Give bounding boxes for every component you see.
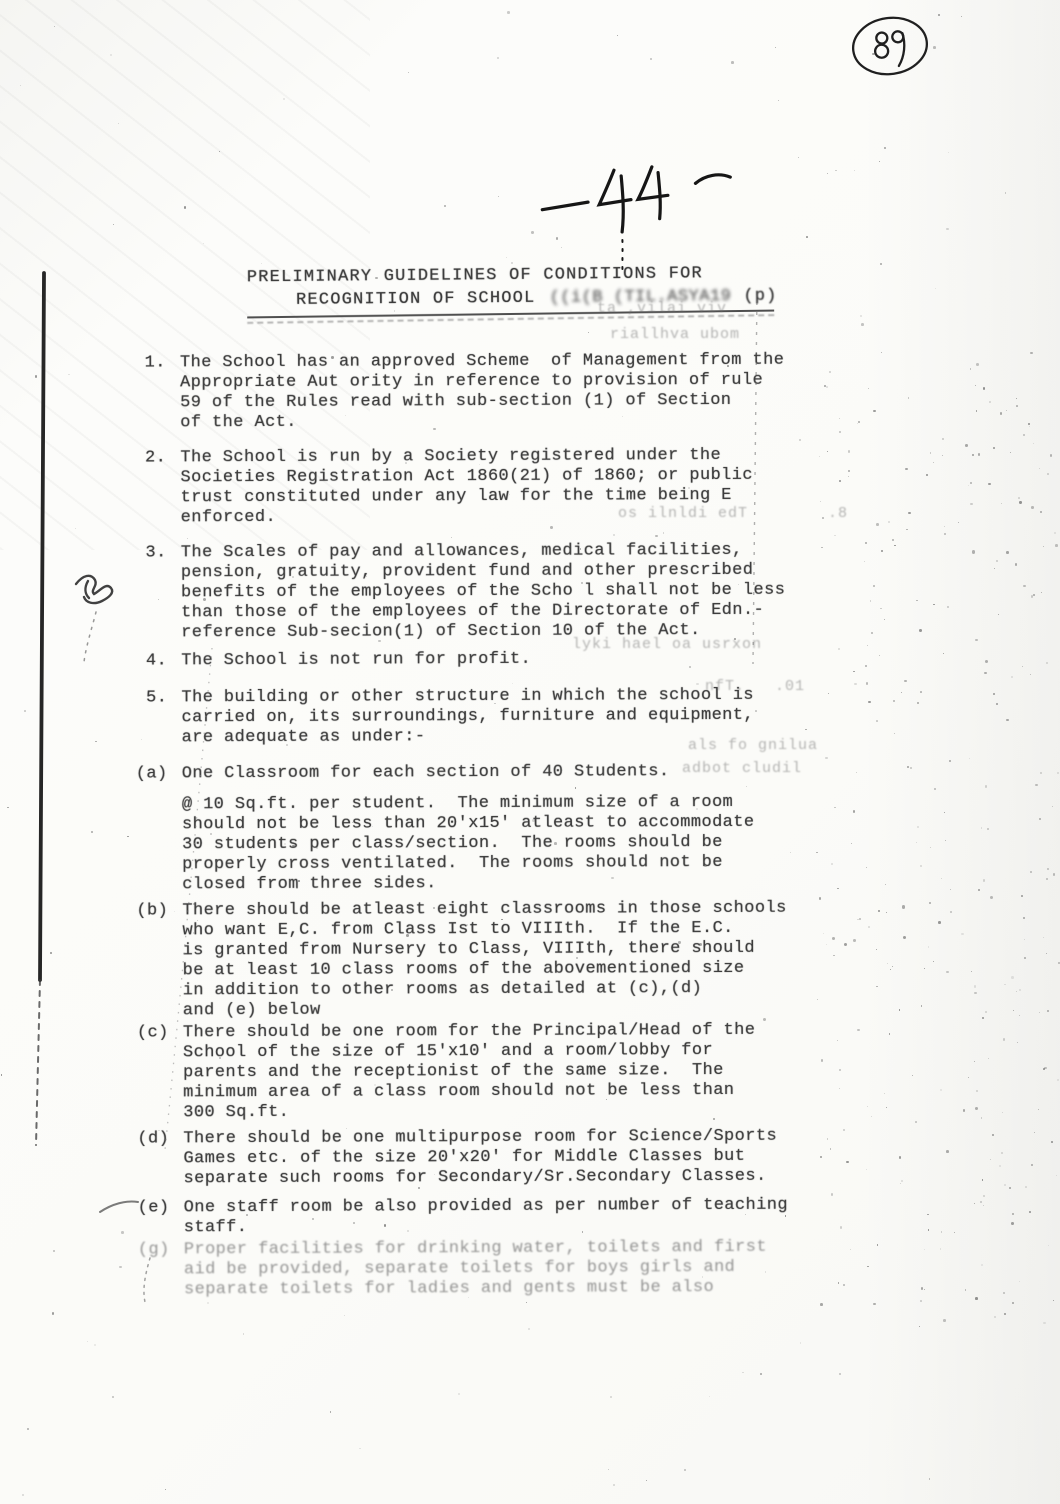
bleedthrough-text: lyki hael oa usrxon — [572, 636, 762, 653]
left-fold-line — [36, 273, 44, 1145]
clause-marker: 3. — [135, 543, 181, 643]
bleedthrough-text: adbot cludil — [682, 760, 802, 777]
clause-text: One staff room be also provided as per n… — [184, 1195, 848, 1238]
smudge-stroke — [76, 576, 112, 603]
handwriting-stroke — [874, 44, 889, 59]
handwritten-page-number — [541, 164, 734, 275]
document-body: 1.The School has an approved Scheme of M… — [134, 350, 848, 1300]
clause-marker — [136, 795, 182, 895]
ink-smudge — [76, 576, 112, 662]
smudge-tail — [84, 612, 96, 662]
bleedthrough-text: als fo gnilua — [688, 737, 818, 754]
clause-marker: 2. — [134, 448, 180, 528]
title-suffix: (p) — [743, 286, 777, 307]
handwriting-stroke — [876, 32, 888, 44]
circled-corner-number — [849, 13, 930, 79]
sub-clause-f-faded: (g)Proper facilities for drinking water,… — [138, 1237, 848, 1300]
title-line-2-text: RECOGNITION OF SCHOOL — [296, 288, 536, 311]
bleedthrough-text: riallhva ubom — [610, 326, 740, 343]
clause-text: There should be one room for the Princip… — [183, 1020, 847, 1123]
clause-marker: (b) — [136, 901, 183, 1021]
title-line-1: PRELIMINARY GUIDELINES OF CONDITIONS FOR — [247, 263, 774, 289]
clause-marker: (a) — [136, 764, 182, 784]
pen-tick — [100, 1201, 138, 1212]
handwriting-stroke — [894, 33, 907, 66]
clause-text: @ 10 Sq.ft. per student. The minimum siz… — [182, 792, 846, 895]
sub-clause-c: (c)There should be one room for the Prin… — [137, 1020, 847, 1123]
handwriting-stroke — [620, 176, 624, 232]
clause-marker: 5. — [135, 688, 181, 748]
clause-marker: 4. — [135, 651, 181, 671]
sub-clause-a-detail: @ 10 Sq.ft. per student. The minimum siz… — [136, 792, 846, 895]
clause-text: The School has an approved Scheme of Man… — [180, 350, 844, 433]
clause-marker: (d) — [137, 1129, 183, 1189]
corner-circle — [849, 13, 930, 79]
clause-marker: (g) — [138, 1240, 184, 1300]
bleedthrough-text: nfT. .01 — [705, 678, 805, 695]
clause-text: There should be one multipurpose room fo… — [183, 1126, 847, 1189]
handwriting-stroke — [598, 170, 631, 205]
clause-text: The Scales of pay and allowances, medica… — [181, 540, 845, 643]
fold-line-dashed — [36, 980, 40, 1145]
handwriting-stroke — [658, 173, 661, 219]
clause-1: 1.The School has an approved Scheme of M… — [134, 350, 844, 433]
sub-clause-d: (d)There should be one multipurpose room… — [137, 1126, 847, 1189]
clause-text: There should be atleast eight classrooms… — [182, 898, 847, 1021]
handwriting-stroke — [892, 31, 904, 43]
scanned-document-page: PRELIMINARY GUIDELINES OF CONDITIONS FOR… — [0, 0, 1060, 1504]
clause-marker: (c) — [137, 1023, 183, 1123]
sub-clause-b: (b)There should be atleast eight classro… — [136, 898, 847, 1021]
fold-line-solid — [40, 273, 44, 980]
bleedthrough-text: ta ,vilai viv — [597, 300, 727, 317]
clause-marker: 1. — [134, 353, 180, 433]
handwriting-stroke — [542, 202, 588, 210]
clause-3: 3.The Scales of pay and allowances, medi… — [135, 540, 845, 643]
sub-clause-e: (e)One staff room be also provided as pe… — [138, 1195, 848, 1238]
handwriting-stroke — [695, 174, 730, 183]
clause-text: Proper facilities for drinking water, to… — [184, 1237, 848, 1300]
bleedthrough-text: os ilnldi edT .8 — [618, 505, 848, 522]
clause-marker: (e) — [138, 1198, 184, 1238]
handwriting-stroke — [637, 166, 668, 199]
